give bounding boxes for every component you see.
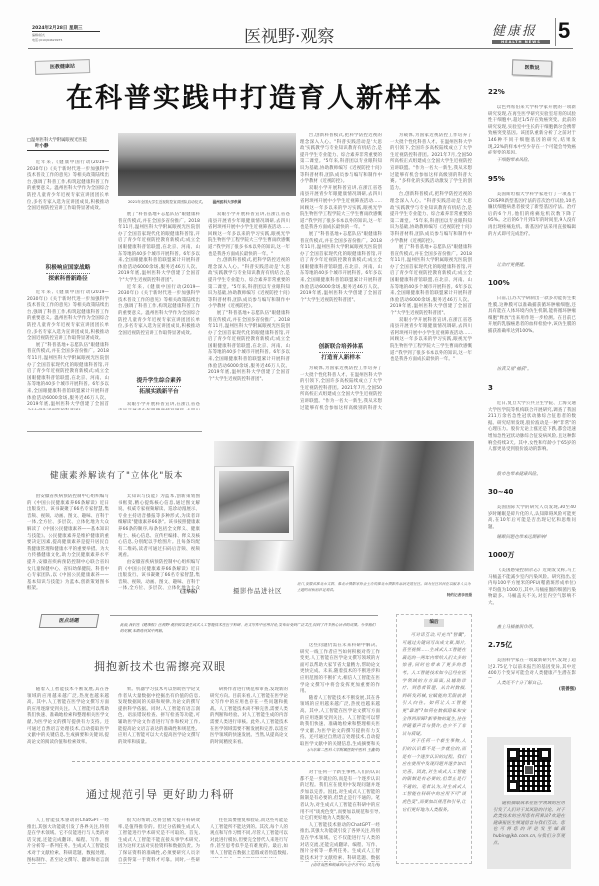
paragraph: 这些问题仍需在未来科研中解决。研究一线工作者应当如何积极对待工作变更,人工智能在… — [300, 643, 380, 696]
section-title: 医视野·观察 — [244, 22, 334, 47]
paragraph: 为载体,为国家近视防控工作培养了一大批个性化科普人才。在温州医科大学的引领下,全… — [390, 133, 472, 192]
qr-text: 随机抽取成本在医学领域的应用引发了人们对于其风险的讨论。对于此类技术的应用您有何… — [487, 801, 571, 853]
editorial-box: 编后 可对话互动,可充当"智囊",可通过关键词写出成文章,图片,甚至视频……生成… — [396, 614, 472, 864]
stat-tagline: 让治疗更便捷。 — [488, 262, 576, 268]
paragraph: 美国国际大学的研究人员发现,30至40岁时睡眠是碎片化的人,认知障碍风险可能更高… — [488, 505, 576, 531]
stat-text: 近日,复旦大学公共卫生学院、上海交通大学医学院等机构联合开展研究,调查了我国21… — [488, 401, 576, 469]
health-headline: 健康素养解读有了"立体化"版本 — [50, 469, 183, 481]
paragraph: 双眼小学开展科普宣讲,在浙江省苍南县开展青少年眼健康情况调研,去四川省阿坝州开展… — [300, 186, 382, 232]
subhead-line: 拓展实践新平台 — [139, 387, 178, 397]
discussion-rule — [110, 615, 378, 616]
health-article-col1: 由安徽省疾病预防控制中心组织编写的《中国公民健康素养66条解读》近日出版发行。该… — [27, 494, 109, 594]
section-tag-box: 医教健康站 — [35, 59, 90, 75]
stat-text: 美国国际大学的研究人员发现,30至40岁时睡眠是碎片化的人,认知障碍风险可能更高… — [488, 505, 576, 532]
paragraph: 对于任何一个新生事物,人们的认识都不是一步就位的,而是有一个逐步认识的过程。我们… — [300, 770, 380, 823]
stat-value: 30~40 — [488, 488, 576, 496]
stat-text: 美国科学家在一项最新研究中,发现了超过2.75亿个以前未报告的基因变异,其中近4… — [488, 658, 576, 678]
paragraph: 台,创新科普模式,把科学防控近视的理念深入人心。"科普实践活动是'大思政'实践教… — [300, 133, 382, 186]
main-article-col5: 为载体,为国家近视防控工作培养了一大批个性化科普人才。在温州医科大学的引领下,全… — [390, 133, 472, 410]
photo-panel — [214, 466, 294, 541]
stat-tagline: 睡眠问题也带来远期影响! — [488, 534, 576, 540]
header-phone: 电话:(010)64620975 — [32, 38, 62, 42]
main-article-col4: 台,创新科普模式,把科学防控近视的理念深入人心。"科普实践活动是'大思政'实践教… — [300, 133, 382, 338]
subhead-1: 积极响应国家战略 探索科普新路径 — [27, 263, 109, 284]
paragraph: 以色列希伯来大学科学家开展的一项新研究发现,在再生医学研究实验室培育的试验性干细… — [488, 105, 576, 154]
masthead: 2024年2月28日 星期三 编辑/版式 电话:(010)64620975 医视… — [0, 0, 599, 50]
paragraph: 随着人工智能技术不断发展,其在各领域的应用越来越广泛,热度也越来越高。其中,人工… — [27, 687, 109, 746]
subhead-line: 打造育人新样本 — [321, 353, 360, 363]
paragraph: 太知识与技能》为蓝本,创新策划图书框架,精心提炼核心信息,通过图文解说、权威专家… — [118, 494, 200, 560]
ai-article1-col3: 研协作者进行规范和审查,发现新的研究方向。目前来看,人工智能在医学论文写作中的应… — [210, 687, 288, 753]
subhead-line: 提升学生综合素养 — [137, 376, 182, 387]
photo-feature-caption: 近日,安徽省淮北市文联、淮北市摄影家协会主办的淮北市摄影作品展走进社区。图为社区… — [297, 582, 472, 599]
ai-article1-col2: 果。机器学习技术可以帮助医学论文作者从大量数据中挖掘出有价值的信息,发现数据间的… — [118, 687, 200, 753]
discussion-intro: 此前,我们在《健康报》医视野·观察版发表生成式人工智能技术在医学科研、论文写作中… — [120, 623, 378, 635]
stat-text: 以色列希伯来大学科学家开展的一项新研究发现,在再生医学研究实验室培育的试验性干细… — [488, 105, 576, 154]
paragraph: 近年来,《健康中国行动(2019—2030年)》《关于新时代进一步加强科学技术普… — [118, 285, 200, 338]
ai-article2-col2: 很大的帮助,这将会极大提升科研效率,是值得推崇的。但过分依赖生成式人工智能进行学… — [118, 818, 200, 864]
subhead-line: 积极响应国家战略 — [46, 263, 91, 274]
header-date: 2024年2月28日 星期三 — [32, 25, 100, 32]
stat-tagline: 股市也带来健康风险。 — [488, 471, 576, 477]
header-rule — [28, 48, 573, 49]
sidebar-tag: 医数说 — [513, 60, 551, 75]
discussion-tag-box: 医点话题 — [39, 614, 99, 628]
qr-code[interactable] — [504, 745, 554, 795]
paragraph: 近年来,《健康中国行动(2019—2030年)》《关于新时代进一步加强科学技术普… — [27, 160, 109, 213]
qr-finder — [507, 780, 519, 792]
sidebar-column: 22% 以色列希伯来大学科学家开展的一项新研究发现,在再生医学研究实验室培育的试… — [488, 88, 576, 692]
discussion-headline-2: 通过规范引导 更好助力科研 — [86, 786, 235, 802]
sidebar-tag-box: 医数说 — [512, 59, 553, 76]
main-article-col4-tail: 为载体,为国家近视防控工作培养了一大批个性化科普人才。在温州医科大学的引领下,全… — [300, 366, 382, 410]
paragraph: 展了"科普基地+志愿队伍"眼健康科普宣传模式,并在全国多省份推广。2018年11… — [118, 212, 200, 285]
paragraph: 人工智能技术驱动的ChatGPT一经推出,其强大功能就引发了各界关注,特别是在学… — [300, 823, 380, 862]
paragraph: 双眼小学开展科普宣讲,在浙江省苍南县开展青少年眼健康情况调研,去四川省阿坝州开展… — [390, 318, 472, 364]
paragraph: 研协作者进行规范和审查,发现新的研究方向。目前来看,人工智能在医学论文写作中的应… — [210, 687, 288, 746]
paragraph: 往往需要重复和验证,而这些可能是人工智能所不能达到的。其次,每个人的观点和写作习… — [210, 818, 288, 858]
caption-credit: 特约记者李晋摄 — [297, 593, 472, 599]
paragraph: 美国科学家在一项最新研究中,发现了超过2.75亿个以前未报告的基因变异,其中近4… — [488, 658, 576, 678]
paragraph: 近日,复旦大学公共卫生学院、上海交通大学医学院等机构联合开展研究,调查了我国21… — [488, 401, 576, 454]
caption-text: 2021年全国大学生近视防控宣讲团队启动仪式。 — [128, 200, 205, 204]
paragraph: 可对话互动,可充当"智囊",可通过关键词写出成文章,图片,甚至视频……生成式人工… — [402, 632, 466, 738]
main-article-col1-body: 近年来,《健康中国行动(2019—2030年)》《关于新时代进一步加强科学技术普… — [27, 290, 109, 410]
stat-text: 《美国感染控制杂志》近期发文称,马上马桶盖不能减少室内污染风险。研究指出,室内每… — [488, 568, 576, 622]
paragraph: 为载体,为国家近视防控工作培养了一大批个性化科普人才。在温州医科大学的引领下,全… — [300, 366, 382, 410]
main-article-photo — [118, 133, 296, 196]
subhead-line: 探索科普新路径 — [48, 274, 87, 284]
sidebar-byline: (袁善强) — [488, 686, 576, 692]
stat-value: 100% — [488, 279, 576, 287]
ai-article2-signature: (南京南医和锐康的山全中方中心 吴先伟) — [300, 862, 380, 868]
main-article-col2: 展了"科普基地+志愿队伍"眼健康科普宣传模式,并在全国多省份推广。2018年11… — [118, 212, 200, 372]
header-editor: 编辑/版式 — [32, 33, 45, 37]
brand-logo: 健康报 HEALTH NEWS — [492, 20, 550, 44]
qr-logo-icon — [524, 765, 534, 775]
ai-article1-col1: 随着人工智能技术不断发展,其在各领域的应用越来越广泛,热度也越来越高。其中,人工… — [27, 687, 109, 753]
stat-tagline: 干细胞带来风险。 — [488, 157, 576, 163]
article-author: 叶小静 — [27, 143, 109, 149]
article-dash-divider — [72, 761, 380, 762]
paragraph: 由安徽省疾病预防控制中心组织编写的《中国公民健康素养66条解读》近日出版发行。该… — [118, 560, 200, 590]
paragraph: 展了"科普基地+志愿队伍"眼健康科普宣传模式,并在全国多省份推广。2018年11… — [300, 232, 382, 305]
main-article-col2-tail: 双眼小学开展科普宣讲,在浙江省苍南县开展青少年眼健康情况调研,去四川省阿坝州开展… — [118, 402, 200, 410]
brand-name: 健康报 — [492, 20, 550, 39]
stat-tagline: 仿真又易"捕获"。 — [488, 366, 576, 372]
discussion-tag: 医点话题 — [40, 615, 98, 627]
stat-value: 3 — [488, 384, 576, 392]
stat-value: 22% — [488, 88, 576, 96]
brand-en: HEALTH NEWS — [492, 40, 550, 44]
paragraph: 很大的帮助,这将会极大提升科研效率,是值得推崇的。但过分依赖生成式人工智能进行学… — [118, 818, 200, 864]
paragraph: 双眼小学开展科普宣讲,在浙江省苍南县开展青少年眼健康情况调研,去四川省阿坝州开展… — [208, 212, 290, 258]
paragraph: 展了"科普基地+志愿队伍"眼健康科普宣传模式,并在全国多省份推广。2018年11… — [27, 343, 109, 410]
main-article-byline: □温州医科大学附属眼视光医院 叶小静 — [27, 137, 109, 151]
paragraph: 展了"科普基地+志愿队伍"眼健康科普宣传模式,并在全国多省份推广。2018年11… — [390, 245, 472, 318]
main-article-intro: 近年来,《健康中国行动(2019—2030年)》《关于新时代进一步加强科学技术普… — [27, 160, 109, 246]
stat-text: 日前,江苏大学研制出一款多功能仿生柔性膜,这种膜可以准确捕获循环肿瘤细胞,还具有… — [488, 296, 576, 364]
qr-finder — [507, 748, 519, 760]
stat-tagline: 盖上马桶盖很作用。 — [488, 624, 576, 630]
caption-text: 近日,安徽省淮北市文联、淮北市摄影家协会主办的淮北市摄影作品展走进社区。图为社区… — [297, 582, 471, 592]
paragraph: 台,创新科普模式,把科学防控近视的理念深入人心。"科普实践活动是'大思政'实践教… — [208, 258, 290, 311]
brand-divider — [555, 18, 556, 46]
stat-value: 2.75亿 — [488, 640, 576, 650]
page-number: 5 — [558, 18, 570, 44]
main-headline: 在科普实践中打造育人新样本 — [66, 76, 443, 115]
health-article-col2: 太知识与技能》为蓝本,创新策划图书框架,精心提炼核心信息,通过图文解说、权威专家… — [118, 494, 200, 590]
ai-article1-col4: 这些问题仍需在未来科研中解决。研究一线工作者应当如何积极对待工作变更,人工智能在… — [300, 643, 380, 747]
paragraph: 随着人工智能技术不断发展,其在各领域的应用越来越广泛,热度也越来越高。其中,人工… — [300, 696, 380, 747]
stat-text: 美国斯坦福大学科学家进行了一项基于CRISPR新型基因疗法的首次治疗试验,10名… — [488, 192, 576, 260]
stat-value: 95% — [488, 175, 576, 183]
ai-article2-col1: 人工智能技术驱动的ChatGPT一经推出,其强大功能就引发了各界关注,特别是在学… — [27, 818, 109, 864]
editorial-text: 可对话互动,可充当"智囊",可通过关键词写出成文章,图片,甚至视频……生成式人工… — [397, 629, 471, 857]
paragraph: 展了"科普基地+志愿队伍"眼健康科普宣传模式,并在全国多省份推广。2018年11… — [208, 311, 290, 384]
photo-panel-image — [219, 471, 289, 533]
subhead-line: 创新联合培养体系 — [319, 342, 364, 353]
subhead-3: 创新联合培养体系 打造育人新样本 — [300, 342, 382, 363]
paragraph: 台,创新科普模式,把科学防控近视的理念深入人心。"科普实践活动是'大思政'实践教… — [390, 192, 472, 245]
qr-finder — [539, 748, 551, 760]
paragraph: 《美国感染控制杂志》近期发文称,马上马桶盖不能减少室内污染风险。研究指出,室内每… — [488, 568, 576, 608]
editorial-tag: 编后 — [424, 619, 444, 627]
paragraph: 随机抽取成本在医学领域的应用引发了人们对于其风险的讨论。对于此类技术的应用您有何… — [493, 801, 565, 847]
discussion-headline-1: 拥抱新技术也需擦亮双眼 — [94, 658, 226, 674]
section-divider — [27, 431, 202, 432]
paragraph: 日前,江苏大学研制出一款多功能仿生柔性膜,这种膜可以准确捕获循环肿瘤细胞,还具有… — [488, 296, 576, 336]
main-article-col3: 双眼小学开展科普宣讲,在浙江省苍南县开展青少年眼健康情况调研,去四川省阿坝州开展… — [208, 212, 290, 410]
health-signature: (王华东) — [180, 589, 197, 595]
ai-article2-col4: 对于任何一个新生事物,人们的认识都不是一步就位的,而是有一个逐步认识的过程。我们… — [300, 770, 380, 862]
paragraph: 人工智能技术驱动的ChatGPT一经推出,其强大功能就引发了各界关注,特别是在学… — [27, 818, 109, 864]
subhead-2: 提升学生综合素养 拓展实践新平台 — [118, 376, 200, 397]
paragraph: 美国斯坦福大学科学家进行了一项基于CRISPR新型基因疗法的首次治疗试验,10名… — [488, 192, 576, 238]
ai-article2-col3: 往往需要重复和验证,而这些可能是人工智能所不能达到的。其次,每个人的观点和写作习… — [210, 818, 288, 858]
ai-article1-signature: (山东第二医科大学附属医院中医科 王鑫荣) — [300, 747, 380, 753]
qr-pattern — [507, 748, 551, 792]
photo-feature-title: 摄影作品进社区 — [233, 586, 282, 595]
paragraph: 对于任何一个新生事物,人们的认识都不是一步就位的,而是有一个逐步认识的过程。我们… — [402, 738, 466, 814]
paragraph: 果。机器学习技术可以帮助医学论文作者从大量数据中挖掘出有价值的信息,发现数据间的… — [118, 687, 200, 746]
community-photo — [214, 441, 474, 571]
qr-box: 随机抽取成本在医学领域的应用引发了人们对于其风险的讨论。对于此类技术的应用您有何… — [487, 737, 571, 869]
section-tag: 医教健康站 — [36, 60, 89, 74]
paragraph: 双眼小学开展科普宣讲,在浙江省苍南县开展青少年眼健康情况调研,去四川省阿坝州开展… — [118, 402, 200, 410]
paragraph: 近年来,《健康中国行动(2019—2030年)》《关于新时代进一步加强科学技术普… — [27, 290, 109, 343]
caption-credit: 温州医科大学供图 — [213, 200, 242, 204]
photo-caption: 2021年全国大学生近视防控宣讲团队启动仪式。 温州医科大学供图 — [128, 200, 298, 205]
paragraph: 由安徽省疾病预防控制中心组织编写的《中国公民健康素养66条解读》近日出版发行。该… — [27, 494, 109, 593]
stat-value: 1000万 — [488, 550, 576, 560]
